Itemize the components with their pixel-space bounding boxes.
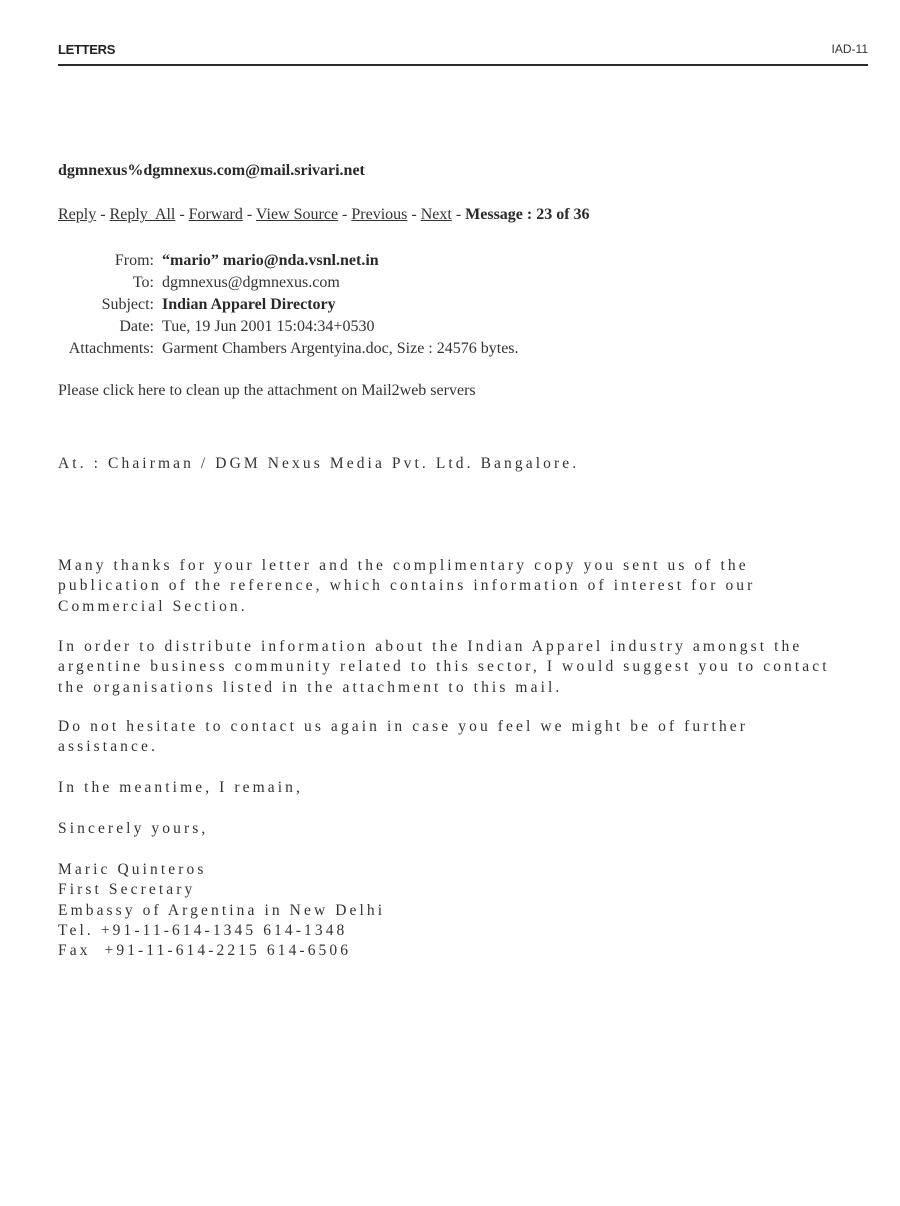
subject-value: Indian Apparel Directory xyxy=(162,294,336,316)
from-value: “mario” mario@nda.vsnl.net.in xyxy=(162,250,379,272)
message-counter: Message : 23 of 36 xyxy=(465,206,589,223)
cleanup-notice[interactable]: Please click here to clean up the attach… xyxy=(58,382,476,400)
attachments-value[interactable]: Garment Chambers Argentyina.doc, Size : … xyxy=(162,338,519,360)
reply-all-link[interactable]: Reply All xyxy=(110,206,176,223)
header-subject: Subject: Indian Apparel Directory xyxy=(58,294,519,316)
date-value: Tue, 19 Jun 2001 15:04:34+0530 xyxy=(162,316,374,338)
header-attachments: Attachments: Garment Chambers Argentyina… xyxy=(58,338,519,360)
header-to: To: dgmnexus@dgmnexus.com xyxy=(58,272,519,294)
next-link[interactable]: Next xyxy=(421,206,452,223)
separator: - xyxy=(243,206,256,223)
letter-paragraph: Sincerely yours, xyxy=(58,819,848,839)
date-label: Date: xyxy=(58,316,162,338)
to-label: To: xyxy=(58,272,162,294)
view-source-link[interactable]: View Source xyxy=(256,206,338,223)
page-number: IAD-11 xyxy=(832,42,868,56)
forward-link[interactable]: Forward xyxy=(189,206,243,223)
section-title: LETTERS xyxy=(58,42,115,57)
separator: - xyxy=(96,206,109,223)
reply-link[interactable]: Reply xyxy=(58,206,96,223)
separator: - xyxy=(452,206,465,223)
subject-label: Subject: xyxy=(58,294,162,316)
header-date: Date: Tue, 19 Jun 2001 15:04:34+0530 xyxy=(58,316,519,338)
signer-title: First Secretary xyxy=(58,880,848,900)
message-headers: From: “mario” mario@nda.vsnl.net.in To: … xyxy=(58,250,519,360)
separator: - xyxy=(338,206,351,223)
separator: - xyxy=(407,206,420,223)
previous-link[interactable]: Previous xyxy=(351,206,407,223)
letter-paragraph: Many thanks for your letter and the comp… xyxy=(58,556,848,617)
header-rule xyxy=(58,64,868,66)
attention-line: At. : Chairman / DGM Nexus Media Pvt. Lt… xyxy=(58,455,579,473)
signer-fax: Fax +91-11-614-2215 614-6506 xyxy=(58,941,848,961)
mail-account: dgmnexus%dgmnexus.com@mail.srivari.net xyxy=(58,162,365,180)
signer-organization: Embassy of Argentina in New Delhi xyxy=(58,901,848,921)
letter-paragraph: Do not hesitate to contact us again in c… xyxy=(58,717,848,758)
separator: - xyxy=(175,206,188,223)
signer-tel: Tel. +91-11-614-1345 614-1348 xyxy=(58,921,848,941)
message-actions: Reply - Reply All - Forward - View Sourc… xyxy=(58,206,590,224)
attachments-label: Attachments: xyxy=(58,338,162,360)
signature-block: Maric Quinteros First Secretary Embassy … xyxy=(58,860,848,961)
from-label: From: xyxy=(58,250,162,272)
header-from: From: “mario” mario@nda.vsnl.net.in xyxy=(58,250,519,272)
signer-name: Maric Quinteros xyxy=(58,860,848,880)
letter-paragraph: In the meantime, I remain, xyxy=(58,778,848,798)
to-value: dgmnexus@dgmnexus.com xyxy=(162,272,340,294)
letter-paragraph: In order to distribute information about… xyxy=(58,637,848,698)
running-head: LETTERS IAD-11 xyxy=(58,42,868,64)
